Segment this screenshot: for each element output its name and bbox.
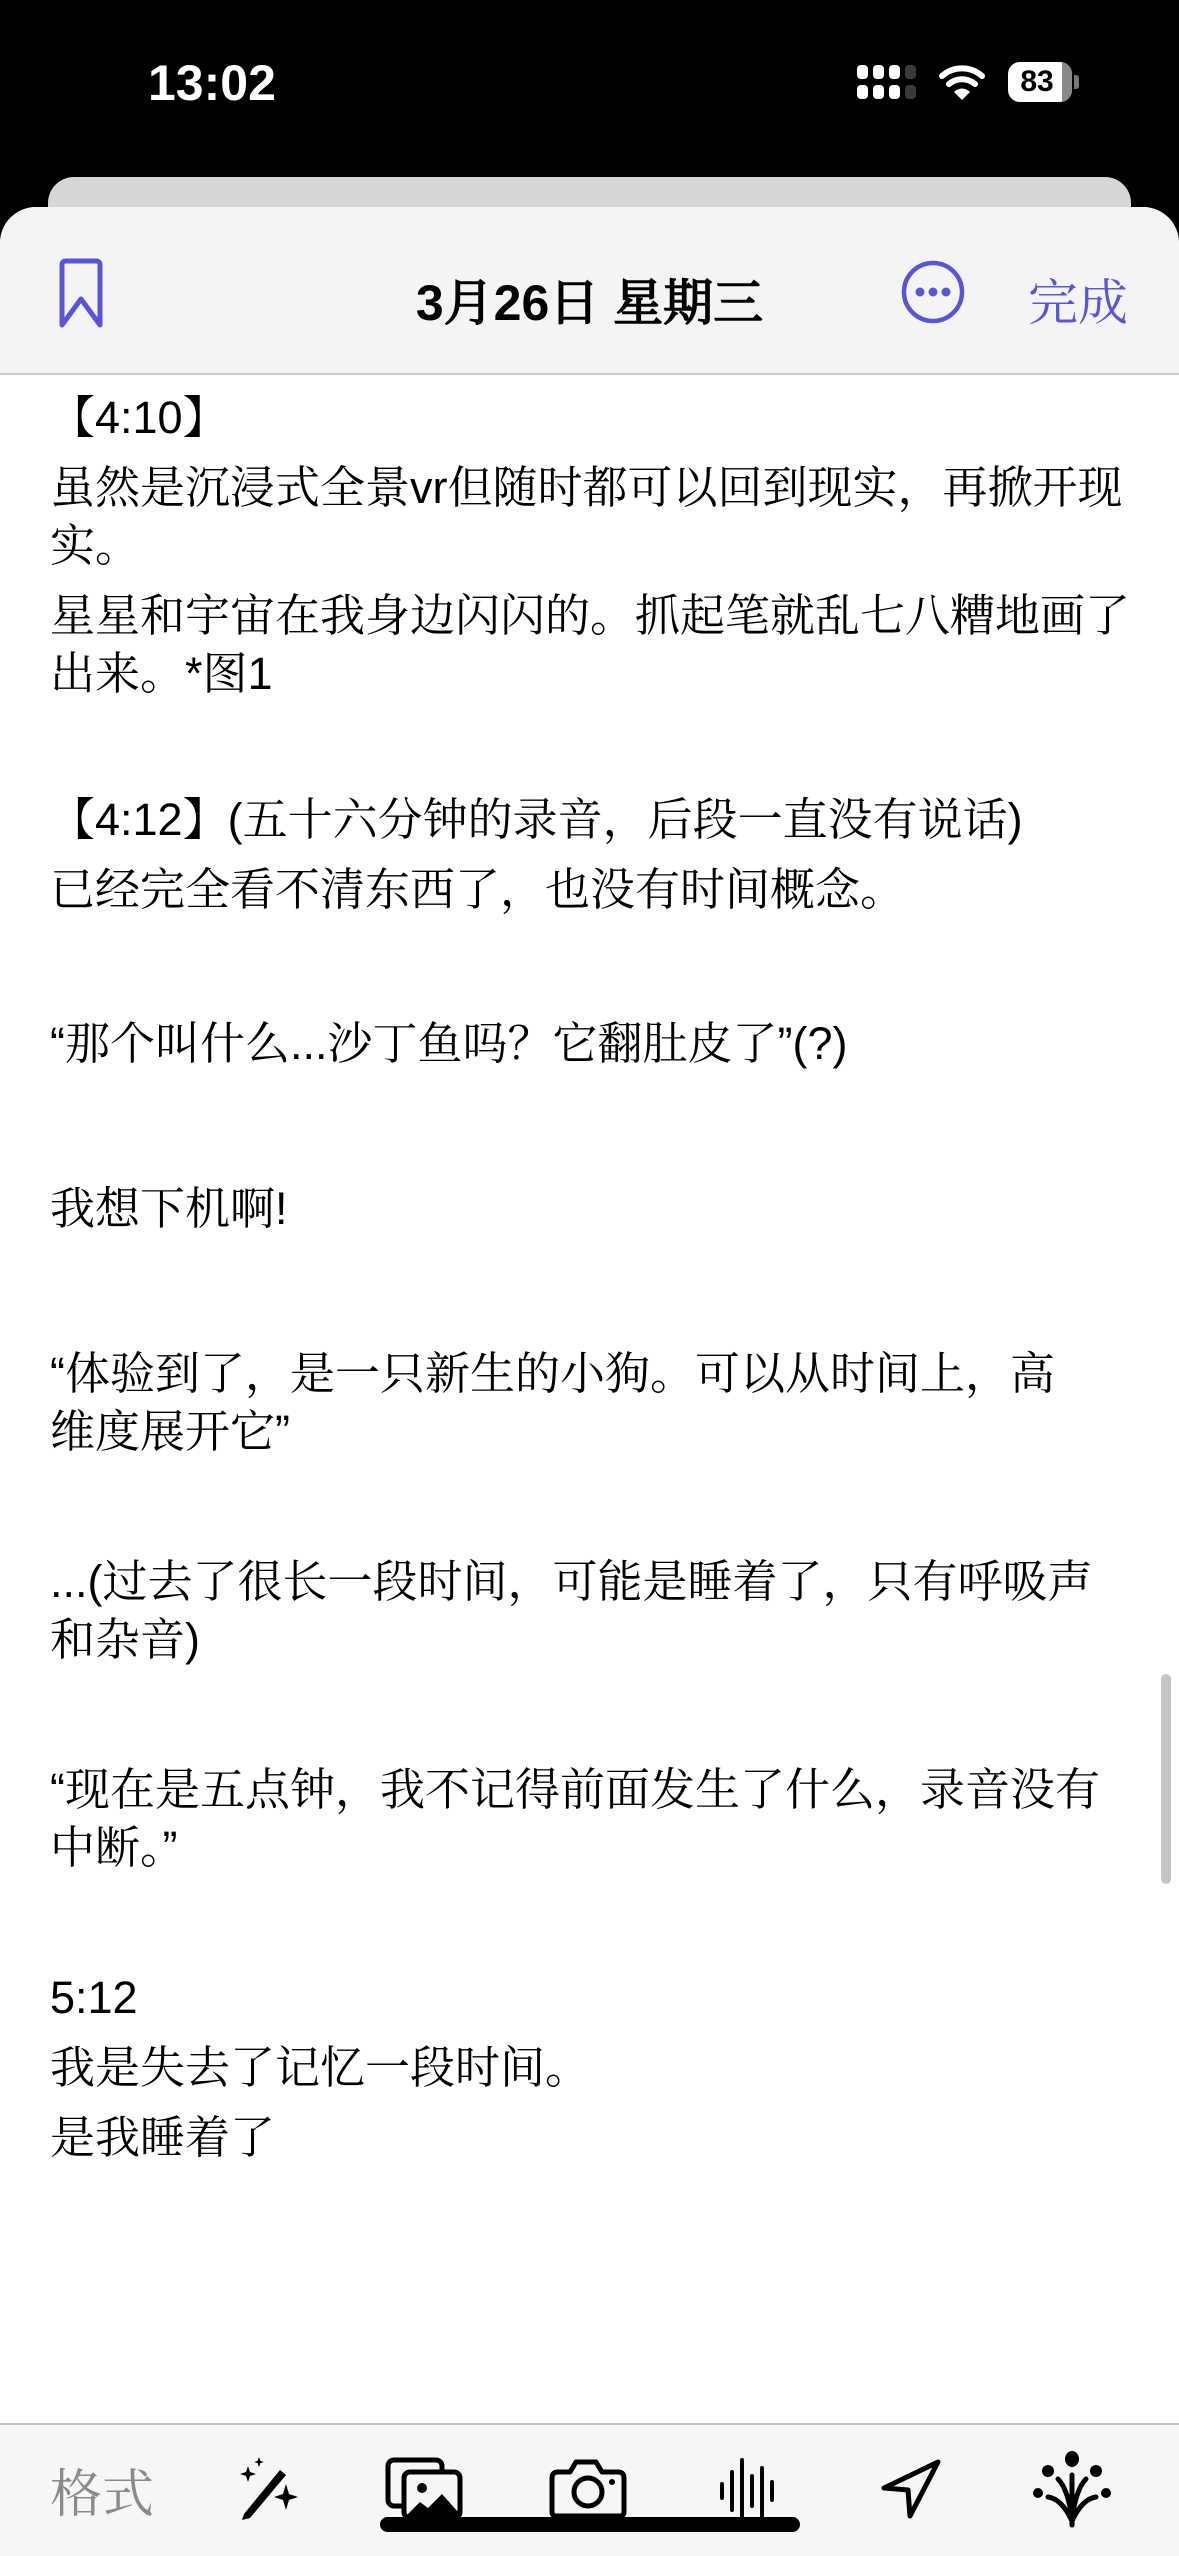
writing-tools-icon (236, 2456, 302, 2522)
entry-paragraph: ...(过去了很长一段时间，可能是睡着了，只有呼吸声和杂音) (50, 1553, 1130, 1669)
status-icons: 83 (857, 62, 1079, 102)
entry-header: 3月26日 星期三 完成 (0, 207, 1179, 375)
status-bar: 13:02 83 (0, 0, 1179, 170)
audio-recording-button[interactable] (716, 2453, 782, 2525)
entry-paragraph: 虽然是沉浸式全景vr但随时都可以回到现实，再掀开现实。 (50, 459, 1130, 575)
location-button[interactable] (878, 2453, 944, 2525)
state-of-mind-icon (1032, 2449, 1112, 2529)
camera-button[interactable] (548, 2453, 628, 2525)
journal-entry-sheet: 3月26日 星期三 完成 【4:10】 虽然是沉浸式全景vr但随时都可以回到现实… (0, 207, 1179, 2556)
entry-paragraph: 【4:12】(五十六分钟的录音，后段一直没有说话) (50, 791, 1130, 849)
entry-paragraph: 星星和宇宙在我身边闪闪的。抓起笔就乱七八糟地画了出来。*图1 (50, 587, 1130, 703)
photo-library-icon (384, 2456, 464, 2522)
entry-paragraph: 5:12 (50, 1969, 1130, 2027)
home-indicator[interactable] (380, 2517, 800, 2532)
entry-paragraph: 已经完全看不清东西了，也没有时间概念。 (50, 861, 1130, 919)
more-icon (900, 259, 966, 325)
writing-tools-button[interactable] (236, 2453, 302, 2525)
camera-icon (548, 2458, 628, 2520)
audio-recording-icon (716, 2456, 782, 2522)
entry-paragraph: 我想下机啊! (50, 1180, 1130, 1238)
entry-text-editor[interactable]: 【4:10】 虽然是沉浸式全景vr但随时都可以回到现实，再掀开现实。 星星和宇宙… (50, 389, 1130, 2167)
entry-paragraph: 我是失去了记忆一段时间。 (50, 2039, 1130, 2097)
wifi-icon (938, 62, 986, 102)
status-time: 13:02 (148, 54, 276, 112)
bottom-toolbar: 格式 (0, 2423, 1179, 2556)
entry-paragraph: “体验到了，是一只新生的小狗。可以从时间上，高维度展开它” (50, 1345, 1070, 1461)
entry-date-title: 3月26日 星期三 (0, 263, 1179, 335)
format-button[interactable]: 格式 (50, 2453, 154, 2525)
state-of-mind-button[interactable] (1032, 2453, 1112, 2525)
entry-paragraph: 是我睡着了 (50, 2109, 1130, 2167)
location-icon (878, 2456, 944, 2522)
done-button[interactable]: 完成 (1028, 263, 1128, 335)
battery-icon: 83 (1008, 62, 1079, 102)
entry-paragraph: “现在是五点钟，我不记得前面发生了什么，录音没有中断。” (50, 1761, 1110, 1877)
entry-paragraph: 【4:10】 (50, 389, 1130, 447)
battery-percent: 83 (1020, 65, 1053, 99)
signal-icon (857, 65, 916, 99)
photo-library-button[interactable] (384, 2453, 464, 2525)
entry-paragraph: “那个叫什么...沙丁鱼吗？它翻肚皮了”(?) (50, 1015, 1130, 1073)
more-options-button[interactable] (900, 259, 966, 325)
vertical-scrollbar[interactable] (1161, 1674, 1171, 1884)
